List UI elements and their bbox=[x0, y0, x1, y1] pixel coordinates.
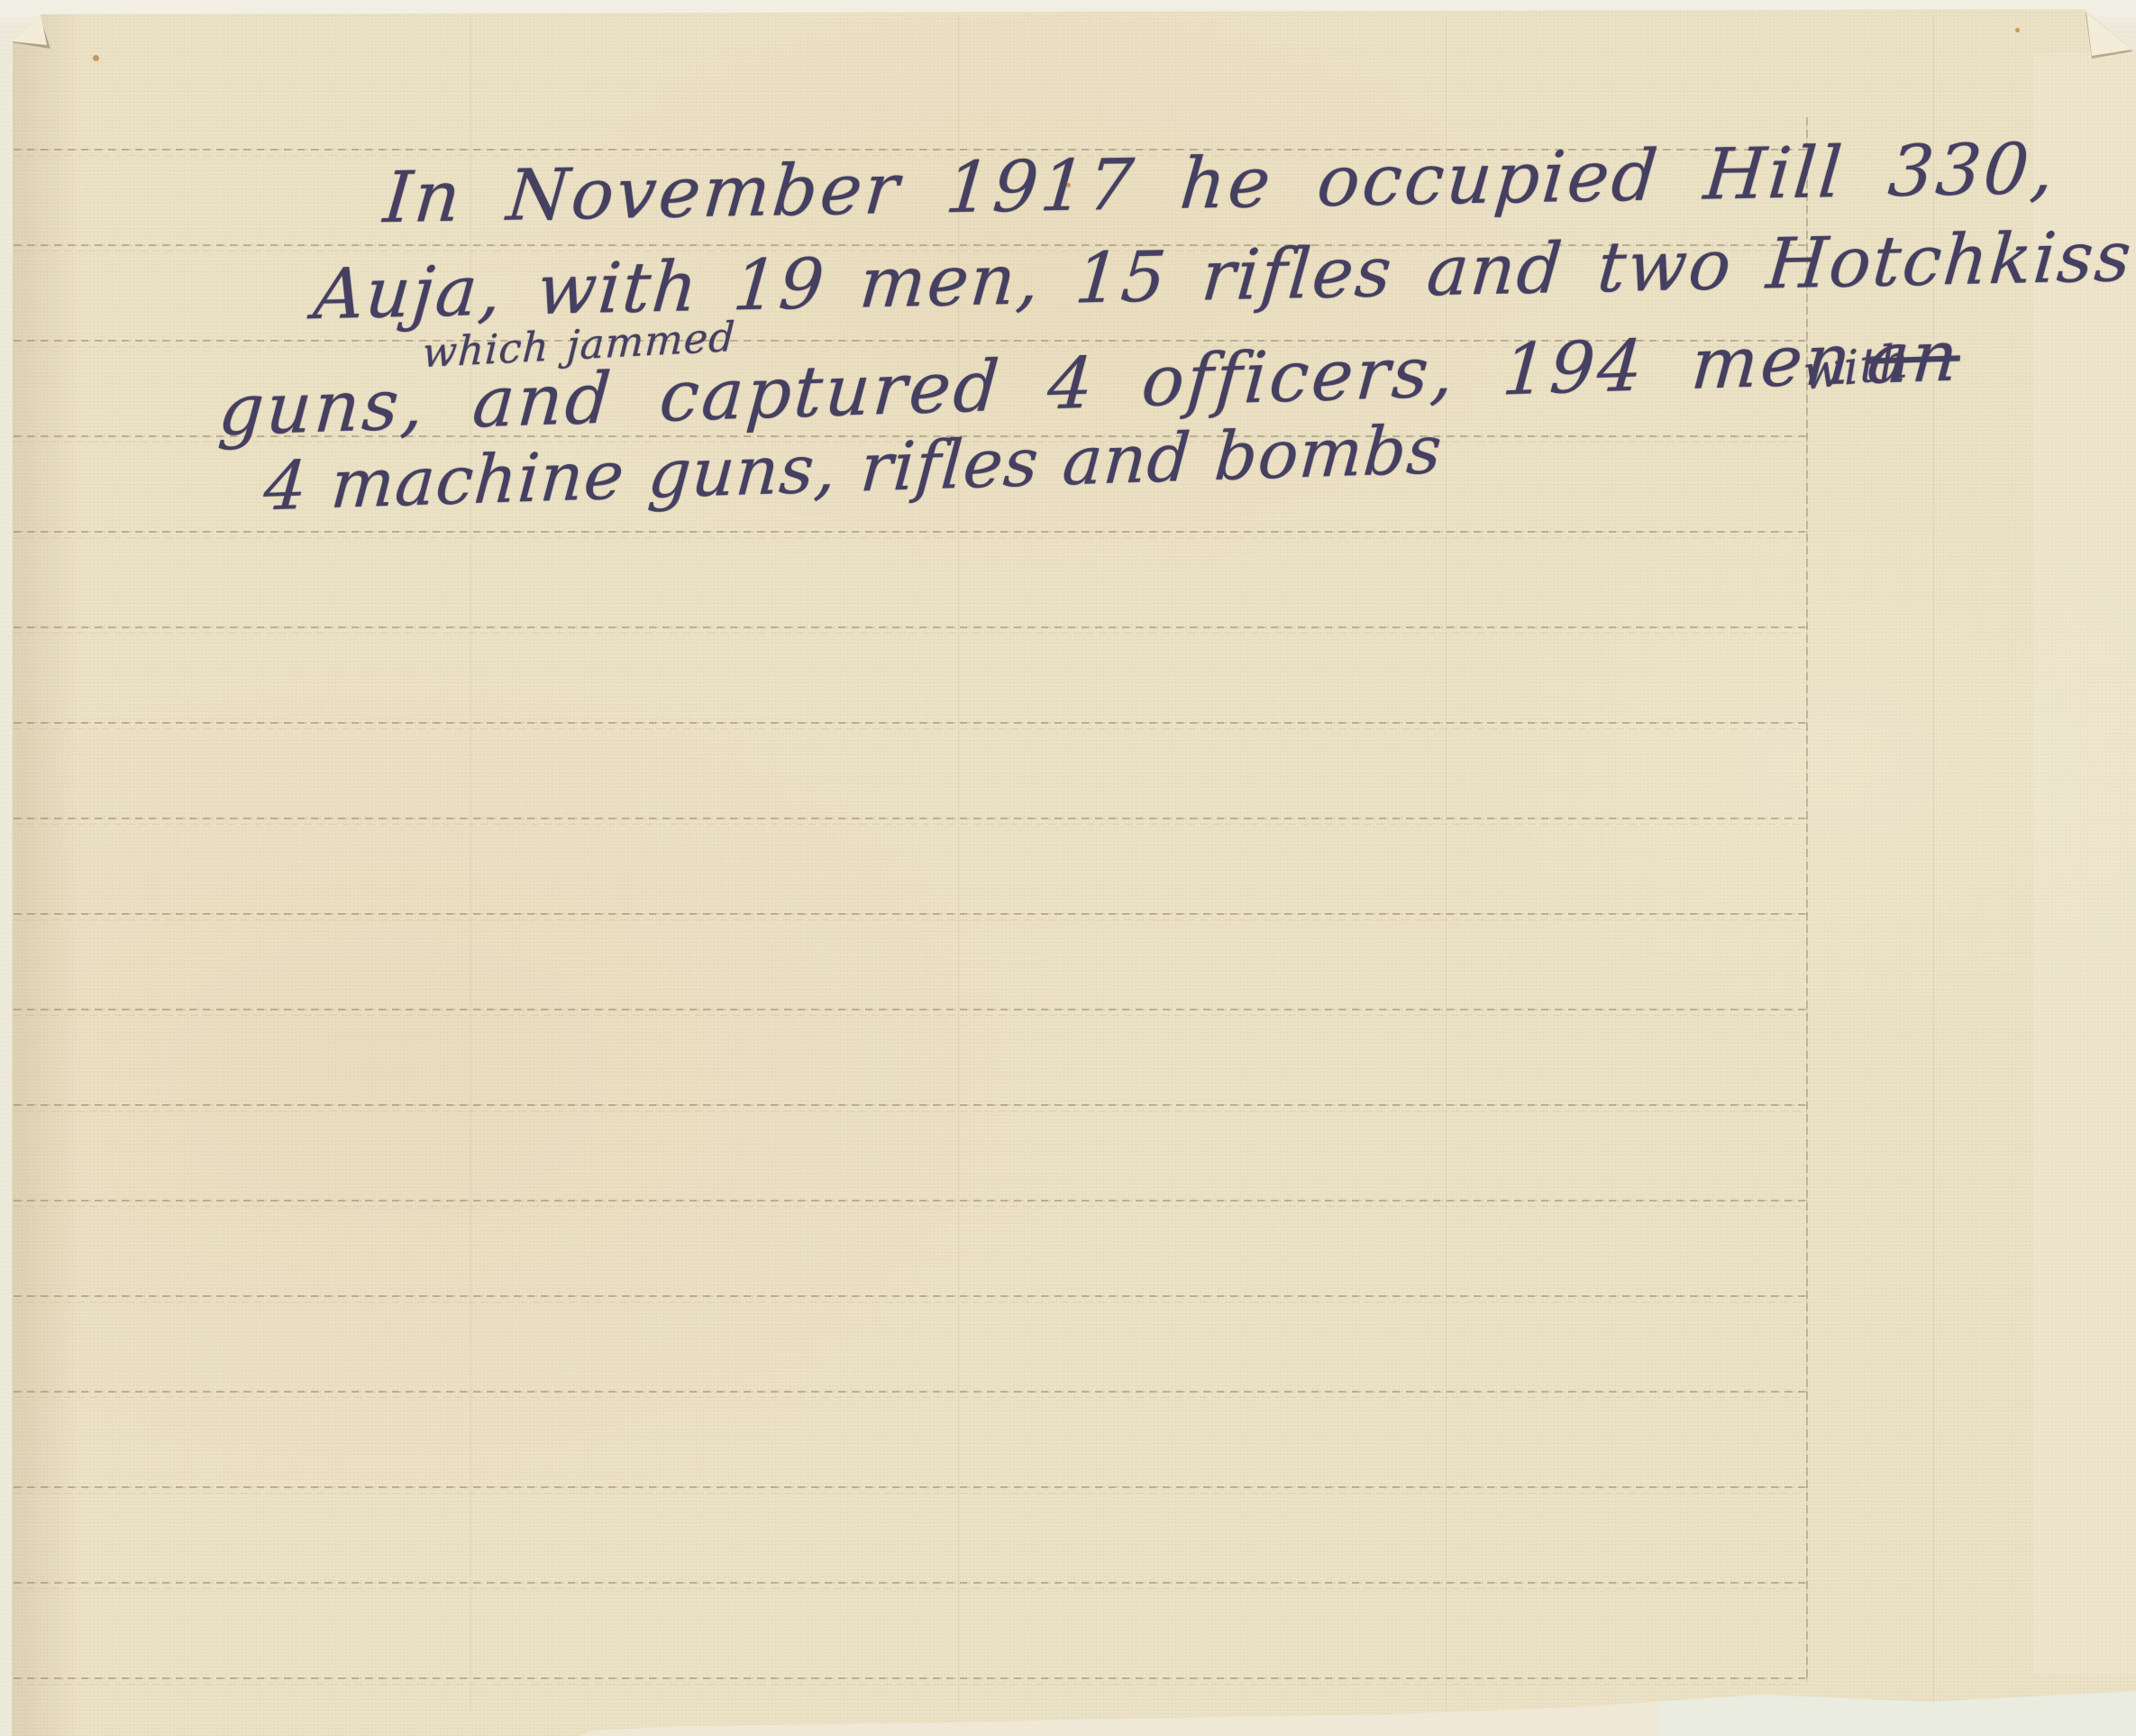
ruled-line bbox=[14, 913, 1809, 915]
stain-speck bbox=[93, 55, 99, 61]
ruled-line bbox=[14, 1391, 1809, 1393]
ruled-line bbox=[14, 1104, 1809, 1106]
ruled-line bbox=[14, 531, 1809, 533]
ruled-line bbox=[14, 1200, 1809, 1201]
stain-speck bbox=[2015, 28, 2020, 32]
ruled-line bbox=[14, 1486, 1809, 1488]
ruled-line bbox=[14, 1295, 1809, 1297]
manuscript-sheet: In November 1917 he occupied Hill 330, A… bbox=[0, 0, 2136, 1736]
ruled-line bbox=[14, 722, 1809, 724]
ruled-line bbox=[14, 626, 1809, 628]
ruled-line bbox=[14, 818, 1809, 819]
ruled-line bbox=[14, 1677, 1809, 1679]
ruled-line bbox=[14, 1009, 1809, 1010]
scanned-manuscript-page: { "manuscript": { "line1": "In November … bbox=[0, 0, 2136, 1736]
ruled-line bbox=[14, 1582, 1809, 1584]
